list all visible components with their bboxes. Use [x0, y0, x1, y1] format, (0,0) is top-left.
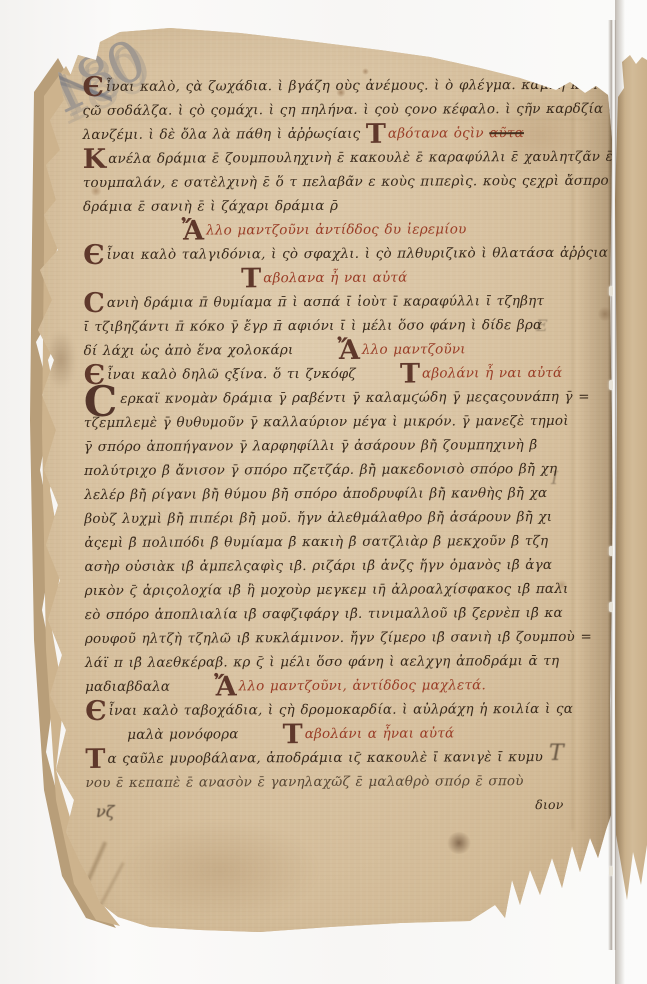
stitch-thread	[609, 602, 613, 612]
body-text: ερκαϊ κνομὰν δράμια γ̄ ραβέντι γ̄ καλαμϛ…	[120, 389, 590, 407]
body-text: ἀςεμὶ β̄ πολιπόδι β̄ θυμίαμα β̄ κακιὴ β̄…	[84, 533, 548, 551]
body-text: ανιὴ δράμια π̄ θυμίαμα π̄ ὶ ασπά ῑ ἰοὺτ …	[107, 293, 544, 311]
binding-gutter	[608, 20, 616, 950]
rubric-text: αβότανα ὁςὶν	[388, 125, 489, 141]
body-text: νου ε̄ κεπαπὲ ε̄ ανασὸν ε̄ γανηλαχῶζ ε̄ …	[85, 773, 523, 791]
manuscript-line: ρικὸν ϛ̄ ἀριςολοχία ιβ̄ ἢ μοχοὺρ μεγκεμ …	[85, 577, 567, 603]
vertical-crease	[571, 90, 574, 830]
body-text: λανζέμι. ὶ δὲ ὄλα λὰ πάθη ὶ ἀῤῥωςίαις	[83, 126, 366, 143]
body-text: διον	[535, 797, 563, 812]
manuscript-line: ςῶ σοδάλζα. ὶ ςὸ ςομάχι. ὶ ςη πηλήνα. ὶ …	[82, 97, 564, 123]
body-text: ῑ τζιβηζάντι π̄ κόκο γ̄ ἔγρ π̄ αφιόνι ῑ …	[83, 317, 542, 335]
body-text: ἶναι καλὸ ταβοχάδια, ὶ ςὴ δρομοκαρδία. ὶ…	[109, 701, 573, 719]
damp-stain	[120, 820, 320, 920]
body-text: λελέρ βὴ̄ ρίγανι βὴ̄ θύμου βὴ̄ σπόρο ἀπο…	[84, 485, 547, 503]
rubric-text: αβολάνι α ἦναι αὐτά	[305, 725, 455, 742]
body-text: δράμια ε̄ σανιὴ ε̄ ὶ ζάχαρι δράμια ρ̄	[83, 198, 338, 215]
body-text: ασὴρ οὐσιὰκ ιβ̄ ἀμπελςαφὶς ιβ̄. ριζάρι ι…	[84, 557, 552, 575]
manuscript-line: εὸ σπόρο ἀποπλιαλία ιβ̄ σαφζιφάργ ιβ̄. τ…	[85, 601, 567, 627]
manuscript-line: Єἶναι καλὸ ταβοχάδια, ὶ ςὴ δρομοκαρδία. …	[85, 697, 567, 723]
body-text: μαδιαβδαλα	[85, 679, 170, 695]
manuscript-line: Ϲερκαϊ κνομὰν δράμια γ̄ ραβέντι γ̄ καλαμ…	[84, 385, 566, 411]
manuscript-line: Ἄλλο μαντζοῦνι ἀντίδδος δυ ἰερεμίου	[83, 217, 565, 243]
body-text: ἶναι καλὸ, ςὰ ζωχάδια. ὶ βγάζη οὺς ἀνέμο…	[106, 77, 611, 95]
manuscript-line: μαλὰ μονόφοραΤαβολάνι α ἦναι αὐτά	[85, 721, 567, 747]
ink-offset-mark: Τ	[549, 741, 564, 766]
body-text: ςῶ σοδάλζα. ὶ ςὸ ςομάχι. ὶ ςη πηλήνα. ὶ …	[83, 101, 618, 119]
text-block: Єἶναι καλὸ, ςὰ ζωχάδια. ὶ βγάζη οὺς ἀνέμ…	[82, 73, 567, 819]
body-text: λάϊ π ιβ̄ λαεθκέραβ. κρ ϛ̄ ὶ μέλι ὅσο φά…	[85, 653, 559, 671]
manuscript-line: ἀςεμὶ β̄ πολιπόδι β̄ θυμίαμα β̄ κακιὴ β̄…	[84, 529, 566, 555]
stitch-thread	[609, 546, 613, 556]
body-text: ἶναι καλὸ δηλῶ ςξίνα. ὅ τι ζνκόφζ	[107, 366, 356, 383]
body-text: μαλὰ μονόφορα	[127, 726, 238, 742]
manuscript-line: μαδιαβδαλαἌλλο μαντζοῦνι, ἀντίδδος μαχλε…	[85, 673, 567, 699]
initial-letter: Є	[85, 696, 107, 727]
body-text: γ̄ σπόρο ἀποπήγανον γ̄ λαρφηφίλλι γ̄ ἀσά…	[84, 437, 537, 455]
stitch-thread	[609, 866, 613, 876]
manuscript-line: διον	[86, 793, 568, 819]
rubric-text: αβολάνι ἦ ναι αὐτά	[422, 365, 562, 382]
manuscript-line: Κανέλα δράμια ε̄ ζουμπουληχινὴ ε̄ κακουλ…	[83, 145, 565, 171]
ink-blot-stain	[446, 832, 472, 854]
scanner-background: 1ϛ 180 Єἶναι καλὸ, ςὰ ζωχάδια. ὶ βγάζη ο…	[0, 0, 647, 984]
manuscript-line: δί λάχι ὡς ἀπὸ ἕνα χολοκάριἌλλο μαντζοῦν…	[84, 337, 566, 363]
adjacent-page-sliver	[615, 0, 647, 984]
stitch-thread	[609, 380, 613, 390]
initial-letter: Є	[83, 240, 105, 271]
manuscript-page: 1ϛ 180 Єἶναι καλὸ, ςὰ ζωχάδια. ὶ βγάζη ο…	[0, 0, 647, 984]
body-text: ρουφοῦ ηλτζὴ τζηλῶ ιβ̄ κυκλάμινον. ἤγν ζ…	[85, 629, 592, 647]
manuscript-line: δράμια ε̄ σανιὴ ε̄ ὶ ζάχαρι δράμια ρ̄	[83, 193, 565, 219]
manuscript-line: τζεμπλεμὲ γ̄ θυθυμοῦν γ̄ καλλαύριον μέγα…	[84, 409, 566, 435]
rubric-text: λλο μαντζοῦνι ἀντίδδος δυ ἰερεμίου	[206, 221, 466, 238]
manuscript-line: νου ε̄ κεπαπὲ ε̄ ανασὸν ε̄ γανηλαχῶζ ε̄ …	[85, 769, 567, 795]
manuscript-line: γ̄ σπόρο ἀποπήγανον γ̄ λαρφηφίλλι γ̄ ἀσά…	[84, 433, 566, 459]
ink-offset-mark: νζ	[96, 802, 114, 821]
body-text: ανέλα δράμια ε̄ ζουμπουληχινὴ ε̄ κακουλὲ…	[108, 149, 613, 167]
stitch-thread	[609, 286, 613, 296]
rubric-text: αῦτα	[489, 125, 524, 141]
rubric-text: λλο μαντζοῦνι, ἀντίδδος μαχλετά.	[239, 677, 486, 694]
body-text: ρικὸν ϛ̄ ἀριςολοχία ιβ̄ ἢ μοχοὺρ μεγκεμ …	[85, 581, 569, 599]
manuscript-line: Єἶναι καλὸ, ςὰ ζωχάδια. ὶ βγάζη οὺς ἀνέμ…	[82, 73, 564, 99]
manuscript-line: Τα ςαῦλε μυροβάλανα, ἀποδράμια ιϛ̄ κακου…	[85, 745, 567, 771]
manuscript-line: τουμπαλάν, ε σατὲλχινὴ ε̄ ὅ τ πελαβᾶν ε …	[83, 169, 565, 195]
body-text: τζεμπλεμὲ γ̄ θυθυμοῦν γ̄ καλλαύριον μέγα…	[84, 413, 569, 431]
manuscript-line: λανζέμι. ὶ δὲ ὄλα λὰ πάθη ὶ ἀῤῥωςίαις Τα…	[83, 121, 565, 147]
body-text: α ςαῦλε μυροβάλανα, ἀποδράμια ιϛ̄ κακουλ…	[107, 749, 543, 767]
body-text: πολύτριχο β̄ ἄνισον γ̄ σπόρο πζετζάρ. βὴ…	[84, 461, 557, 479]
edge-smudge	[46, 330, 76, 390]
manuscript-line: ῑ τζιβηζάντι π̄ κόκο γ̄ ἔγρ π̄ αφιόνι ῑ …	[83, 313, 565, 339]
body-text: βοὺζ λυχμὶ βὴ̄ πιπέρι βὴ̄ μοῦ. ἤγν ἀλεθμ…	[84, 509, 552, 527]
rubric-text: λλο μαντζοῦνι	[362, 341, 466, 357]
manuscript-line: Єἶναι καλὸ δηλῶ ςξίνα. ὅ τι ζνκόφζΤαβολά…	[84, 361, 566, 387]
rubric-text: αβολανα ἦ ναι αὐτά	[263, 270, 407, 287]
ink-offset-mark: Ε	[536, 316, 548, 335]
manuscript-line: Ταβολανα ἦ ναι αὐτά	[83, 265, 565, 291]
ink-offset-mark: Ι	[551, 468, 558, 489]
manuscript-line: Ϲανιὴ δράμια π̄ θυμίαμα π̄ ὶ ασπά ῑ ἰοὺτ…	[83, 289, 565, 315]
body-text: δί λάχι ὡς ἀπὸ ἕνα χολοκάρι	[84, 342, 294, 359]
manuscript-line: λελέρ βὴ̄ ρίγανι βὴ̄ θύμου βὴ̄ σπόρο ἀπο…	[84, 481, 566, 507]
body-text: τουμπαλάν, ε σατὲλχινὴ ε̄ ὅ τ πελαβᾶν ε …	[83, 173, 609, 191]
body-text: εὸ σπόρο ἀποπλιαλία ιβ̄ σαφζιφάργ ιβ̄. τ…	[85, 605, 563, 623]
manuscript-line: πολύτριχο β̄ ἄνισον γ̄ σπόρο πζετζάρ. βὴ…	[84, 457, 566, 483]
manuscript-line: ρουφοῦ ηλτζὴ τζηλῶ ιβ̄ κυκλάμινον. ἤγν ζ…	[85, 625, 567, 651]
manuscript-line: ασὴρ οὐσιὰκ ιβ̄ ἀμπελςαφὶς ιβ̄. ριζάρι ι…	[84, 553, 566, 579]
manuscript-line: λάϊ π ιβ̄ λαεθκέραβ. κρ ϛ̄ ὶ μέλι ὅσο φά…	[85, 649, 567, 675]
manuscript-line: βοὺζ λυχμὶ βὴ̄ πιπέρι βὴ̄ μοῦ. ἤγν ἀλεθμ…	[84, 505, 566, 531]
body-text: ἶναι καλὸ ταλγιδόνια, ὶ ςὸ σφαχλι. ὶ ςὸ …	[107, 245, 609, 263]
manuscript-line: Єἶναι καλὸ ταλγιδόνια, ὶ ςὸ σφαχλι. ὶ ςὸ…	[83, 241, 565, 267]
